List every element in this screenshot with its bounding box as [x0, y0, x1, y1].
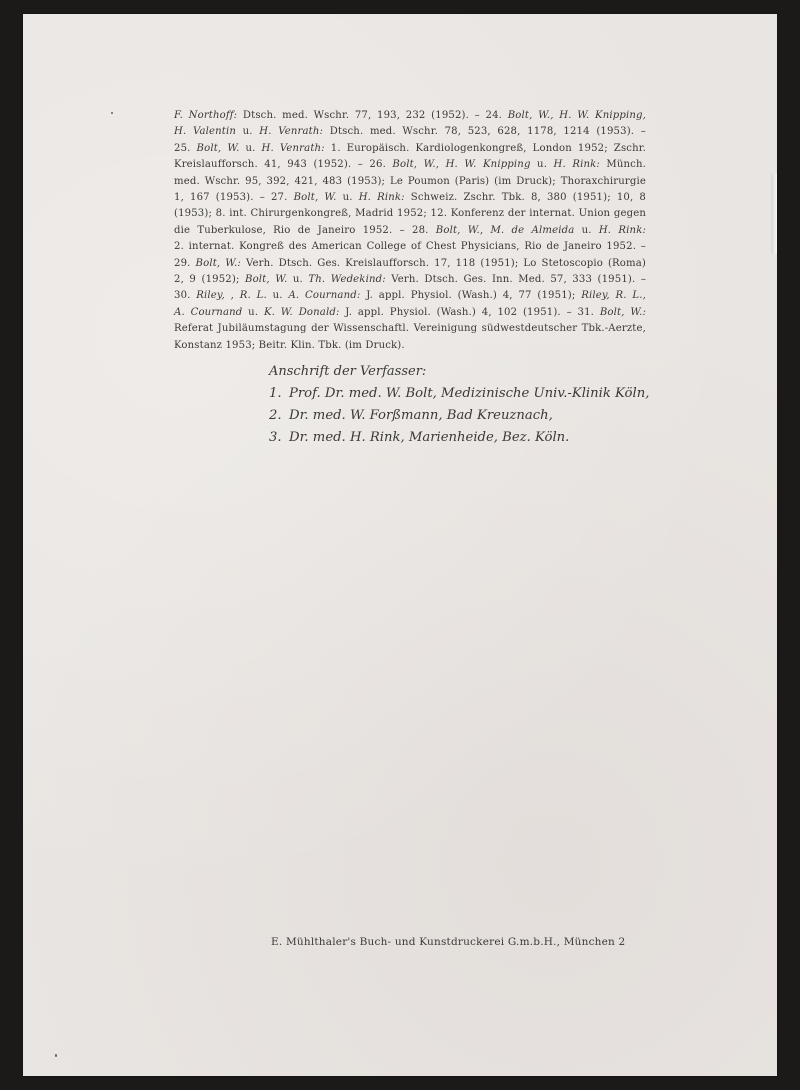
- reference-text: med. Wschr. 95, 392, 421, 483 (1953); Le…: [174, 176, 646, 187]
- address-item-number: 2.: [269, 405, 289, 427]
- reference-text: Referat Jubiläumstagung der Wissenschaft…: [174, 323, 646, 334]
- reference-line: H. Valentin u. H. Venrath: Dtsch. med. W…: [174, 124, 646, 140]
- author-name: Riley, R. L.,: [581, 290, 646, 301]
- reference-text: die Tuberkulose, Rio de Janeiro 1952. – …: [174, 225, 436, 236]
- reference-text: u.: [242, 307, 264, 318]
- reference-text: 2. internat. Kongreß des American Colleg…: [174, 241, 646, 252]
- address-item-text: Prof. Dr. med. W. Bolt, Medizinische Uni…: [289, 386, 649, 401]
- reference-text: u.: [236, 126, 259, 137]
- reference-text: (1953); 8. int. Chirurgenkongreß, Madrid…: [174, 208, 646, 219]
- address-item-number: 1.: [269, 383, 289, 405]
- author-name: H. Rink:: [599, 225, 646, 236]
- reference-text: u.: [267, 290, 289, 301]
- address-item-1: 1.Prof. Dr. med. W. Bolt, Medizinische U…: [269, 383, 649, 405]
- reference-text: u.: [337, 192, 359, 203]
- reference-text: Münch.: [600, 159, 646, 170]
- author-name: H. Venrath:: [259, 126, 323, 137]
- reference-line: 2, 9 (1952); Bolt, W. u. Th. Wedekind: V…: [174, 272, 646, 288]
- page-edge-highlight: [771, 174, 777, 254]
- reference-text: Dtsch. med. Wschr. 77, 193, 232 (1952). …: [237, 110, 508, 121]
- reference-text: u.: [287, 274, 308, 285]
- author-name: A. Cournand:: [288, 290, 360, 301]
- address-item-number: 3.: [269, 427, 289, 449]
- author-name: F. Northoff:: [174, 110, 237, 121]
- reference-text: 25.: [174, 143, 197, 154]
- author-name: Bolt, W.: [245, 274, 287, 285]
- author-address-block: Anschrift der Verfasser: 1.Prof. Dr. med…: [269, 361, 649, 449]
- reference-text: u.: [574, 225, 599, 236]
- reference-line: Kreislaufforsch. 41, 943 (1952). – 26. B…: [174, 157, 646, 173]
- reference-text: Schweiz. Zschr. Tbk. 8, 380 (1951); 10, …: [405, 192, 646, 203]
- author-name: H. Rink:: [359, 192, 405, 203]
- reference-text: Dtsch. med. Wschr. 78, 523, 628, 1178, 1…: [323, 126, 646, 137]
- address-item-2: 2.Dr. med. W. Forßmann, Bad Kreuznach,: [269, 405, 649, 427]
- reference-line: 2. internat. Kongreß des American Colleg…: [174, 239, 646, 255]
- reference-line: die Tuberkulose, Rio de Janeiro 1952. – …: [174, 223, 646, 239]
- reference-text: J. appl. Physiol. (Wash.) 4, 102 (1951).…: [340, 307, 600, 318]
- address-item-3: 3.Dr. med. H. Rink, Marienheide, Bez. Kö…: [269, 427, 649, 449]
- author-name: Bolt, W.: [197, 143, 240, 154]
- reference-text: u.: [531, 159, 554, 170]
- reference-line: 29. Bolt, W.: Verh. Dtsch. Ges. Kreislau…: [174, 256, 646, 272]
- reference-line: (1953); 8. int. Chirurgenkongreß, Madrid…: [174, 206, 646, 222]
- paper-speck: [111, 112, 113, 114]
- reference-line: A. Cournand u. K. W. Donald: J. appl. Ph…: [174, 305, 646, 321]
- author-name: K. W. Donald:: [264, 307, 340, 318]
- author-name: A. Cournand: [174, 307, 242, 318]
- author-name: H. Venrath:: [262, 143, 325, 154]
- author-name: Bolt, W., H. W. Knipping: [392, 159, 530, 170]
- reference-text: Verh. Dtsch. Ges. Inn. Med. 57, 333 (195…: [386, 274, 646, 285]
- reference-text: 29.: [174, 258, 196, 269]
- printer-imprint: E. Mühlthaler's Buch- und Kunstdruckerei…: [271, 936, 625, 948]
- reference-text: 1, 167 (1953). – 27.: [174, 192, 294, 203]
- reference-text: u.: [239, 143, 261, 154]
- author-name: Bolt, W.:: [600, 307, 646, 318]
- address-item-text: Dr. med. H. Rink, Marienheide, Bez. Köln…: [289, 430, 569, 445]
- reference-text: Kreislaufforsch. 41, 943 (1952). – 26.: [174, 159, 392, 170]
- paper-speck: [55, 1054, 57, 1057]
- reference-line: 25. Bolt, W. u. H. Venrath: 1. Europäisc…: [174, 141, 646, 157]
- reference-line: 30. Riley, , R. L. u. A. Cournand: J. ap…: [174, 288, 646, 304]
- reference-line: F. Northoff: Dtsch. med. Wschr. 77, 193,…: [174, 108, 646, 124]
- reference-line: 1, 167 (1953). – 27. Bolt, W. u. H. Rink…: [174, 190, 646, 206]
- reference-line: med. Wschr. 95, 392, 421, 483 (1953); Le…: [174, 174, 646, 190]
- author-name: Th. Wedekind:: [308, 274, 385, 285]
- author-name: H. Rink:: [554, 159, 600, 170]
- author-name: Bolt, W., M. de Almeida: [436, 225, 575, 236]
- reference-line: Referat Jubiläumstagung der Wissenschaft…: [174, 321, 646, 337]
- reference-text: 2, 9 (1952);: [174, 274, 245, 285]
- references-block: F. Northoff: Dtsch. med. Wschr. 77, 193,…: [174, 108, 646, 354]
- author-name: Bolt, W.: [294, 192, 337, 203]
- reference-text: J. appl. Physiol. (Wash.) 4, 77 (1951);: [360, 290, 581, 301]
- document-page: F. Northoff: Dtsch. med. Wschr. 77, 193,…: [23, 14, 777, 1076]
- author-name: H. Valentin: [174, 126, 236, 137]
- address-heading: Anschrift der Verfasser:: [269, 361, 649, 383]
- author-name: Bolt, W.:: [196, 258, 241, 269]
- reference-text: 1. Europäisch. Kardiologenkongreß, Londo…: [325, 143, 646, 154]
- reference-text: Verh. Dtsch. Ges. Kreislaufforsch. 17, 1…: [241, 258, 646, 269]
- author-name: Riley, , R. L.: [196, 290, 267, 301]
- address-item-text: Dr. med. W. Forßmann, Bad Kreuznach,: [289, 408, 553, 423]
- reference-text: Konstanz 1953; Beitr. Klin. Tbk. (im Dru…: [174, 340, 405, 351]
- reference-line: Konstanz 1953; Beitr. Klin. Tbk. (im Dru…: [174, 338, 646, 354]
- author-name: Bolt, W., H. W. Knipping,: [508, 110, 646, 121]
- reference-text: 30.: [174, 290, 196, 301]
